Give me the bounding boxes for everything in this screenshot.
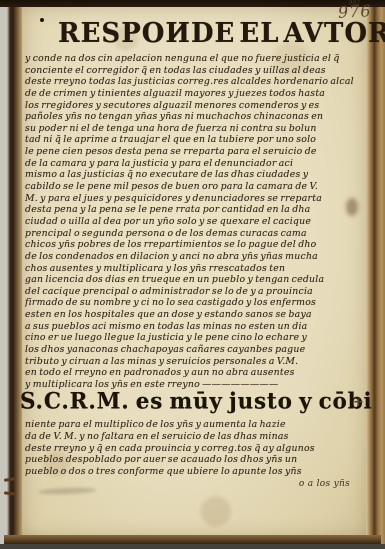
manuscript-line: desta pena y la pena se le pene rrata po… <box>25 204 365 216</box>
manuscript-line: ciudad o uilla al dea por un yn̄o solo y… <box>25 216 365 228</box>
manuscript-line: los dhos yanaconas chachapoyas cañares c… <box>25 344 365 356</box>
photo-bottom-shadow <box>0 544 385 549</box>
manuscript-line: niente para el multiplico de los yn̄s y … <box>25 419 365 431</box>
page-title: RESPOИDE EL AVTOR <box>58 19 358 50</box>
manuscript-line: los rregidores y secutores alguazil meno… <box>25 100 365 112</box>
manuscript-line: su poder ni el de tenga una hora de fuer… <box>25 123 365 135</box>
manuscript-line: cabildo se le pene mil pesos de buen oro… <box>25 181 365 193</box>
manuscript-line: a sus pueblos aci mismo en todas las min… <box>25 321 365 333</box>
manuscript-line: cino er ue luego llegue la justicia y le… <box>25 332 365 344</box>
manuscript-line: y conde na dos cin apelacion nenguna el … <box>25 53 365 65</box>
scrm-subheading: S.C.R.M. es mūy justo y cōbi <box>20 388 356 414</box>
manuscript-body-block-2: niente para el multiplico de los yn̄s y … <box>25 419 365 478</box>
manuscript-line: chicos yn̄s pobres de los rrepartimiento… <box>25 239 365 251</box>
manuscript-body-block: y conde na dos cin apelacion nenguna el … <box>25 53 365 391</box>
manuscript-line: tributo y ciruan a las minas y seruicios… <box>25 356 365 368</box>
manuscript-line: tad ni q̃ le aprime a trauajar el que en… <box>25 134 365 146</box>
manuscript-line: pañoles yn̄s no tengan yn̄as yn̄as ni mu… <box>25 111 365 123</box>
manuscript-line: prencipal o segunda persona o de los dem… <box>25 228 365 240</box>
book-gutter-edge <box>0 0 24 549</box>
manuscript-line: chos ausentes y multiplicara y los yn̄s … <box>25 263 365 275</box>
cross-mark: + <box>353 395 364 410</box>
manuscript-line: de de crimen y tinientes alguazil mayore… <box>25 88 365 100</box>
manuscript-line: pueblos despoblado por auer se acauado l… <box>25 454 365 466</box>
manuscript-line: conciente el corregidor q̃ en todas las … <box>25 65 365 77</box>
manuscript-line: le pene cien pesos desta pena se rrepart… <box>25 146 365 158</box>
manuscript-line: mismo a las justicias q̃ no executare de… <box>25 169 365 181</box>
manuscript-line: firmado de su nombre y ci no lo sea cast… <box>25 297 365 309</box>
manuscript-line: esten en los hospitales que an dose y es… <box>25 309 365 321</box>
manuscript-line: del cacique prencipal o administrador se… <box>25 286 365 298</box>
manuscript-line: da de V. M. y no faltara en el seruicio … <box>25 431 365 443</box>
book-fore-edge <box>366 0 385 549</box>
manuscript-line: de la camara y para la justicia y para e… <box>25 158 365 170</box>
ink-speck <box>40 18 44 22</box>
manuscript-line: de los condenados en dilacion y anci no … <box>25 251 365 263</box>
manuscript-line: gan licencia dos dias en trueque en un p… <box>25 274 365 286</box>
manuscript-photo: 982 976 RESPOИDE EL AVTOR y conde na dos… <box>0 0 385 549</box>
catchword: o a los yn̄s <box>268 479 350 489</box>
manuscript-line: deste rreyno todas las justicias correg.… <box>25 76 365 88</box>
manuscript-line: en todo el rreyno en padronados y aun no… <box>25 367 365 379</box>
manuscript-line: deste rreyno y q̃ en cada prouincia y co… <box>25 443 365 455</box>
manuscript-line: M. y para el jues y pesquicidores y denu… <box>25 193 365 205</box>
book-top-edge <box>0 0 385 7</box>
manuscript-line: pueblo o dos o tres conforme que ubiere … <box>25 466 365 478</box>
